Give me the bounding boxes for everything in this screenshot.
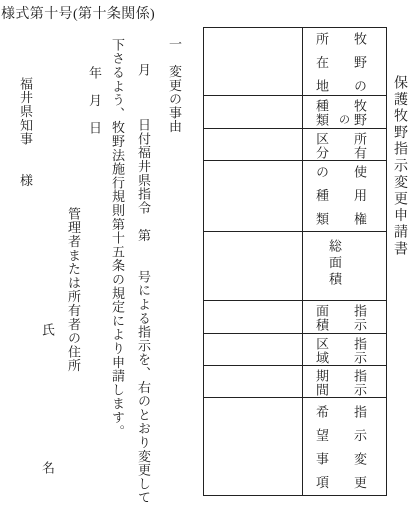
label-text: 所在地: [312, 32, 330, 103]
application-form-page: 様式第十号(第十条関係) 保護牧野指示変更申請書 一 変更の事由 月 日付福井県…: [0, 0, 411, 507]
label-text: 希望事項: [312, 405, 330, 499]
applicant-name-label: 氏 名: [38, 323, 56, 475]
indicated-area-label: 指示 面積: [302, 301, 386, 333]
location-label: 牧野の 所在地: [302, 28, 386, 95]
table-row-pasture-type: 牧野 の 種類: [204, 96, 386, 129]
table-row-indicated-zone: 指示 区域: [204, 334, 386, 366]
body-line-directive-reference: 月 日付福井県指令 第 号による指示を、右のとおり変更して: [134, 63, 152, 505]
indicated-zone-input-cell[interactable]: [204, 334, 302, 365]
label-text: 牧野の: [350, 32, 368, 103]
label-text: 指示: [350, 304, 368, 332]
label-text: 区分: [312, 132, 330, 160]
label-text: 所有: [350, 132, 368, 160]
form-title: 保護牧野指示変更申請書: [390, 75, 408, 258]
total-area-label: 総面積: [302, 232, 386, 300]
label-text-particle: の: [339, 111, 350, 127]
indicated-period-input-cell[interactable]: [204, 366, 302, 397]
label-text: 牧野: [350, 99, 368, 127]
change-request-label: 指示変更 希望事項: [302, 398, 386, 495]
date-line: 年 月 日: [85, 66, 103, 135]
label-text: 種類: [312, 99, 330, 127]
table-row-ownership-class: 所有 区分: [204, 129, 386, 161]
label-text: 期間: [312, 369, 330, 397]
location-input-cell[interactable]: [204, 28, 302, 95]
label-text: 使用権: [350, 165, 368, 236]
label-text: 指示: [350, 337, 368, 365]
table-row-use-right-type: 使用権 の種類: [204, 161, 386, 232]
pasture-type-input-cell[interactable]: [204, 96, 302, 128]
label-text: の種類: [312, 165, 330, 236]
change-request-input-cell[interactable]: [204, 398, 302, 495]
indicated-period-label: 指示 期間: [302, 366, 386, 397]
indicated-area-input-cell[interactable]: [204, 301, 302, 333]
application-table: 牧野の 所在地 牧野 の 種類 所有 区分 使用権 の種類: [203, 27, 387, 496]
indicated-zone-label: 指示 区域: [302, 334, 386, 365]
label-text: 面積: [312, 304, 330, 332]
label-text: 指示: [350, 369, 368, 397]
item-heading-change-reason: 一 変更の事由: [165, 37, 183, 134]
use-right-type-label: 使用権 の種類: [302, 161, 386, 231]
label-text: 区域: [312, 337, 330, 365]
applicant-address-label: 管理者または所有者の住所: [64, 207, 82, 373]
table-row-indicated-period: 指示 期間: [204, 366, 386, 398]
recipient-governor-line: 福井県知事 様: [16, 77, 34, 187]
table-row-change-request-items: 指示変更 希望事項: [204, 398, 386, 495]
table-row-indicated-area: 指示 面積: [204, 301, 386, 334]
table-row-total-area: 総面積: [204, 232, 386, 301]
label-text: 総面積: [325, 239, 343, 289]
body-line-regulation-statement: 下さるよう、牧野法施行規則第十五条の規定により申請します。: [108, 38, 126, 438]
ownership-class-label: 所有 区分: [302, 129, 386, 160]
table-row-location: 牧野の 所在地: [204, 28, 386, 96]
label-text: 指示変更: [350, 405, 368, 499]
pasture-type-label: 牧野 の 種類: [302, 96, 386, 128]
ownership-class-input-cell[interactable]: [204, 129, 302, 160]
use-right-type-input-cell[interactable]: [204, 161, 302, 231]
total-area-input-cell[interactable]: [204, 232, 302, 300]
form-number-label: 様式第十号(第十条関係): [1, 3, 155, 23]
